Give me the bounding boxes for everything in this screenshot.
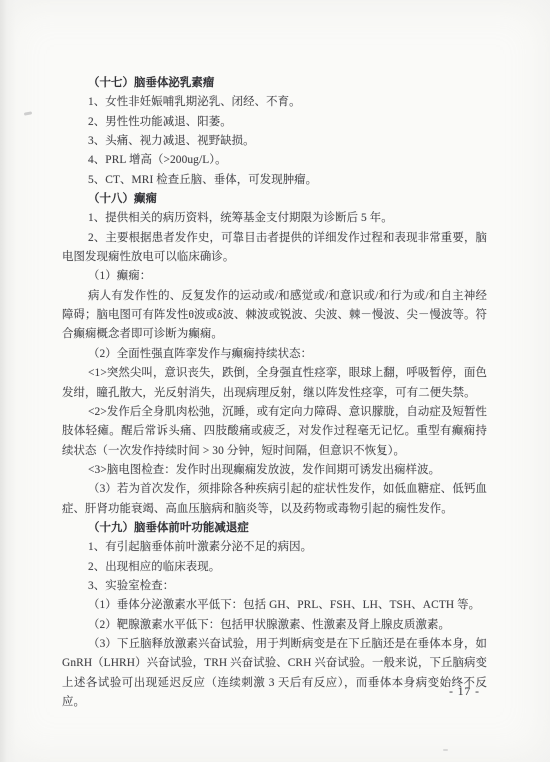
paragraph: 1、有引起脑垂体前叶激素分泌不足的病因。 [62, 538, 487, 557]
section-heading: （十七）脑垂体泌乳素瘤 [62, 74, 487, 93]
scan-edge-shadow [0, 0, 16, 762]
scan-artifact-speck [443, 749, 448, 751]
paragraph: 3、头痛、视力减退、视野缺损。 [62, 132, 487, 151]
section-heading: （十九）脑垂体前叶功能减退症 [62, 519, 487, 538]
paragraph: （1）垂体分泌激素水平低下：包括 GH、PRL、FSH、LH、TSH、ACTH … [62, 596, 487, 615]
paragraph: （2）靶腺激素水平低下：包括甲状腺激素、性激素及肾上腺皮质激素。 [62, 616, 487, 635]
paragraph: 5、CT、MRI 检查丘脑、垂体，可发现肿瘤。 [62, 171, 487, 190]
paragraph: （2）全面性强直阵挛发作与癫痫持续状态： [62, 345, 487, 364]
paragraph: <1>突然尖叫，意识丧失，跌倒，全身强直性痉挛，眼球上翻，呼吸暂停，面色发绀，瞳… [62, 364, 487, 403]
section-heading: （十八）癫痫 [62, 190, 487, 209]
paragraph: 1、女性非妊娠哺乳期泌乳、闭经、不育。 [62, 93, 487, 112]
paragraph: 2、主要根据患者发作史，可靠目击者提供的详细发作过程和表现非常重要，脑电图发现痫… [62, 229, 487, 268]
paragraph: <3>脑电图检查：发作时出现癫痫发放波，发作间期可诱发出痫样波。 [62, 461, 487, 480]
paragraph: 2、出现相应的临床表现。 [62, 558, 487, 577]
paragraph: （3）若为首次发作，须排除各种疾病引起的症状性发作，如低血糖症、低钙血症、肝肾功… [62, 480, 487, 519]
paragraph: 1、提供相关的病历资料，统筹基金支付期限为诊断后 5 年。 [62, 209, 487, 228]
paragraph: 4、PRL 增高（>200ug/L）。 [62, 151, 487, 170]
paragraph: 病人有发作性的、反复发作的运动或/和感觉或/和意识或/和行为或/和自主神经障碍；… [62, 287, 487, 345]
paragraph: 3、实验室检查： [62, 577, 487, 596]
paragraph: （3）下丘脑释放激素兴奋试验，用于判断病变是在下丘脑还是在垂体本身，如 GnRH… [62, 635, 487, 712]
document-body: （十七）脑垂体泌乳素瘤1、女性非妊娠哺乳期泌乳、闭经、不育。2、男性性功能减退、… [62, 74, 487, 712]
paragraph: <2>发作后全身肌肉松弛，沉睡，或有定向力障碍、意识朦胧，自动症及短暂性肢体轻瘫… [62, 403, 487, 461]
paragraph: 2、男性性功能减退、阳萎。 [62, 113, 487, 132]
paragraph: （1）癫痫： [62, 267, 487, 286]
scanned-document-page: （十七）脑垂体泌乳素瘤1、女性非妊娠哺乳期泌乳、闭经、不育。2、男性性功能减退、… [0, 0, 550, 762]
page-number: - 17 - [449, 685, 480, 699]
scan-artifact-speck [24, 111, 32, 115]
